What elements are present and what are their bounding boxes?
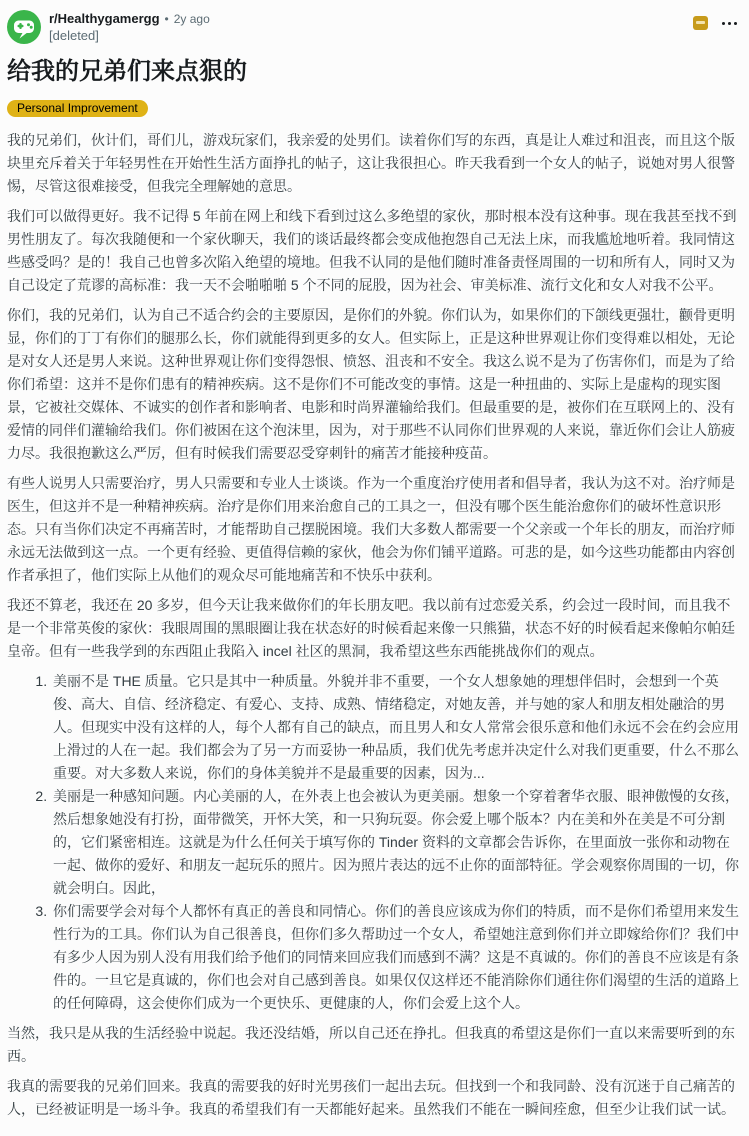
body-paragraph: 有些人说男人只需要治疗，男人只需要和专业人士谈谈。作为一个重度治疗使用者和倡导者…: [7, 472, 741, 587]
post-meta: r/Healthygamergg • 2y ago [deleted]: [49, 10, 693, 44]
post-author: [deleted]: [49, 27, 693, 44]
post-page: r/Healthygamergg • 2y ago [deleted] 给我的兄…: [0, 0, 749, 1136]
body-paragraph: 我们可以做得更好。我不记得 5 年前在网上和线下看到过这么多绝望的家伙，那时根本…: [7, 205, 741, 297]
list-item: 美丽是一种感知问题。内心美丽的人，在外表上也会被认为更美丽。想象一个穿着奢华衣服…: [51, 785, 741, 900]
meta-separator: •: [165, 11, 169, 27]
body-paragraph: 我还不算老，我还在 20 多岁，但今天让我来做你们的年长朋友吧。我以前有过恋爱关…: [7, 594, 741, 663]
healthygamer-controller-icon: [7, 10, 41, 44]
post-age: 2y ago: [174, 11, 210, 27]
post-body: 我的兄弟们，伙计们，哥们儿，游戏玩家们，我亲爱的处男们。读着你们写的东西，真是让…: [7, 129, 741, 1121]
body-paragraph: 我真的需要我的兄弟们回来。我真的需要我的好时光男孩们一起出去玩。但找到一个和我同…: [7, 1075, 741, 1121]
post-header: r/Healthygamergg • 2y ago [deleted]: [7, 10, 741, 44]
numbered-list: 美丽不是 THE 质量。它只是其中一种质量。外貌并非不重要，一个女人想象她的理想…: [7, 670, 741, 1015]
ellipsis-icon[interactable]: [722, 18, 737, 29]
header-actions: [693, 10, 741, 30]
body-paragraph: 我的兄弟们，伙计们，哥们儿，游戏玩家们，我亲爱的处男们。读着你们写的东西，真是让…: [7, 129, 741, 198]
post-flair-badge[interactable]: Personal Improvement: [7, 100, 148, 117]
post-title: 给我的兄弟们来点狠的: [7, 57, 741, 87]
body-paragraph: 当然，我只是从我的生活经验中说起。我还没结婚，所以自己还在挣扎。但我真的希望这是…: [7, 1022, 741, 1068]
gold-award-icon[interactable]: [693, 16, 708, 30]
list-item: 你们需要学会对每个人都怀有真正的善良和同情心。你们的善良应该成为你们的特质，而不…: [51, 900, 741, 1015]
body-paragraph: 你们，我的兄弟们，认为自己不适合约会的主要原因，是你们的外貌。你们认为，如果你们…: [7, 304, 741, 465]
subreddit-avatar[interactable]: [7, 10, 41, 44]
list-item: 美丽不是 THE 质量。它只是其中一种质量。外貌并非不重要，一个女人想象她的理想…: [51, 670, 741, 785]
subreddit-link[interactable]: r/Healthygamergg: [49, 11, 160, 27]
